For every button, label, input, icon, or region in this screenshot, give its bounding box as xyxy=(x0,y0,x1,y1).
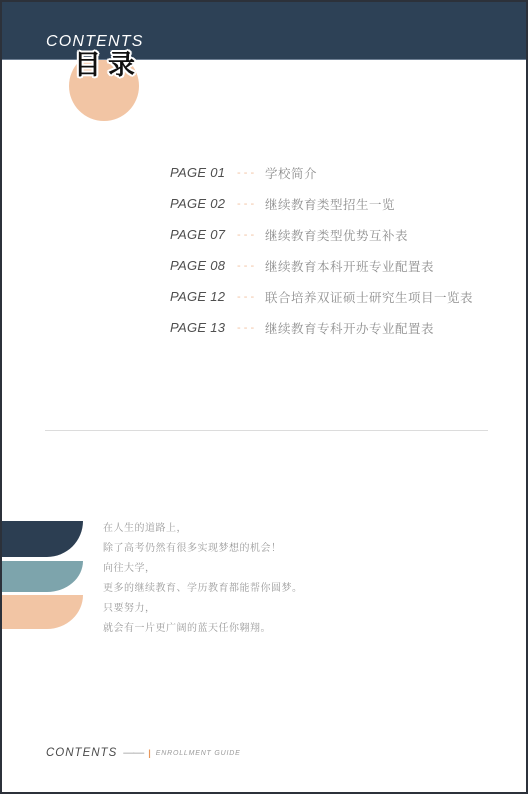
slogan-line: 只要努力， xyxy=(103,599,303,619)
divider-line xyxy=(45,430,488,431)
slogan-line: 更多的继续教育、学历教育都能帮你圆梦。 xyxy=(103,579,303,599)
footer-separator-bar: | xyxy=(148,748,151,758)
page-title: 目录 xyxy=(74,43,142,82)
contents-page: CONTENTS 目录 PAGE 01 - - - 学校简介 PAGE 02 -… xyxy=(0,0,528,794)
toc-page-label: PAGE 12 xyxy=(170,289,237,304)
slogan-line: 就会有一片更广阔的蓝天任你翱翔。 xyxy=(103,619,303,639)
toc-leader-dashes: - - - xyxy=(237,322,265,334)
decor-shape-teal xyxy=(2,561,83,592)
toc-row: PAGE 01 - - - 学校简介 xyxy=(170,157,473,188)
footer-guide-label: ENROLLMENT GUIDE xyxy=(156,750,241,757)
footer-contents-label: CONTENTS xyxy=(46,747,117,759)
toc-entry-title: 继续教育本科开班专业配置表 xyxy=(265,257,434,275)
toc-entry-title: 继续教育类型招生一览 xyxy=(265,195,395,213)
toc-leader-dashes: - - - xyxy=(237,167,265,179)
slogan-line: 在人生的道路上， xyxy=(103,519,303,539)
toc-row: PAGE 02 - - - 继续教育类型招生一览 xyxy=(170,188,473,219)
toc-entry-title: 联合培养双证硕士研究生项目一览表 xyxy=(265,288,473,306)
decor-shape-navy xyxy=(2,521,83,557)
slogan-line: 向往大学， xyxy=(103,559,303,579)
toc-entry-title: 学校简介 xyxy=(265,164,317,182)
toc-leader-dashes: - - - xyxy=(237,291,265,303)
toc-row: PAGE 07 - - - 继续教育类型优势互补表 xyxy=(170,219,473,250)
toc-page-label: PAGE 13 xyxy=(170,320,237,335)
slogan-line: 除了高考仍然有很多实现梦想的机会！ xyxy=(103,539,303,559)
toc-leader-dashes: - - - xyxy=(237,260,265,272)
toc-row: PAGE 08 - - - 继续教育本科开班专业配置表 xyxy=(170,250,473,281)
toc-row: PAGE 13 - - - 继续教育专科开办专业配置表 xyxy=(170,312,473,343)
toc-leader-dashes: - - - xyxy=(237,198,265,210)
toc-entry-title: 继续教育专科开办专业配置表 xyxy=(265,319,434,337)
toc-page-label: PAGE 08 xyxy=(170,258,237,273)
toc-page-label: PAGE 02 xyxy=(170,196,237,211)
decor-shape-peach xyxy=(2,595,83,629)
slogan-text: 在人生的道路上， 除了高考仍然有很多实现梦想的机会！ 向往大学， 更多的继续教育… xyxy=(103,519,303,639)
footer: CONTENTS —— | ENROLLMENT GUIDE xyxy=(46,747,241,759)
toc-entry-title: 继续教育类型优势互补表 xyxy=(265,226,408,244)
toc-leader-dashes: - - - xyxy=(237,229,265,241)
toc-row: PAGE 12 - - - 联合培养双证硕士研究生项目一览表 xyxy=(170,281,473,312)
toc-page-label: PAGE 01 xyxy=(170,165,237,180)
footer-dash-line: —— xyxy=(123,748,143,759)
toc-page-label: PAGE 07 xyxy=(170,227,237,242)
toc-list: PAGE 01 - - - 学校简介 PAGE 02 - - - 继续教育类型招… xyxy=(170,157,473,343)
